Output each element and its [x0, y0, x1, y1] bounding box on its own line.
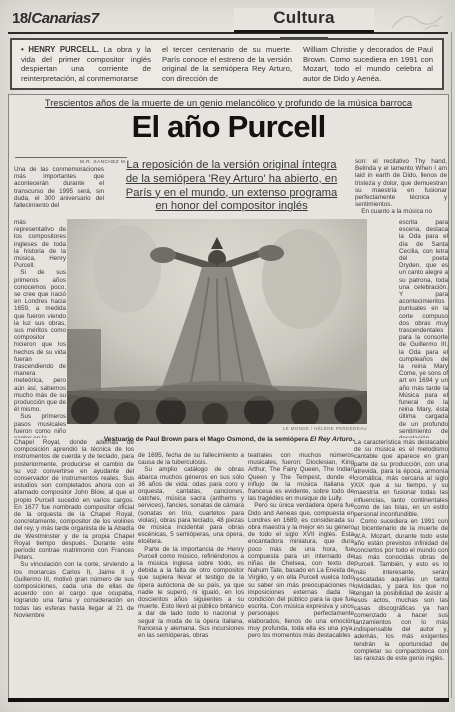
article-box: Trescientos años de la muerte de un geni…: [8, 94, 449, 698]
caption-work-title: El Rey Arturo.: [310, 436, 354, 443]
masthead-rule: [8, 32, 448, 34]
pullquote-line: La reposición de la versión original ínt…: [108, 159, 355, 173]
page-edge-line: [451, 32, 452, 698]
pencil-scribble-icon: [387, 8, 447, 34]
photo-credit: LE MONDE / HÉLÈNE PERDEREAU: [67, 426, 367, 431]
lead-column-1: • HENRY PURCELL. La obra y la vida del p…: [21, 45, 151, 83]
pullquote-line: París y en el mundo, un extenso programa: [108, 187, 355, 201]
pullquote-line: de la semiópera 'Rey Arturo' ha abierto,…: [108, 173, 355, 187]
masthead-brand: Canarias7: [31, 10, 98, 27]
masthead-edition: 18/Canarias7: [12, 10, 99, 27]
column1-top: Una de las conmemoraciones más important…: [14, 166, 104, 218]
article-photo: [67, 219, 367, 424]
lead-box: • HENRY PURCELL. La obra y la vida del p…: [10, 38, 444, 90]
lead-column-3: William Christie y decorados de Paul Bro…: [303, 45, 433, 83]
pullquote-line: en honor del compositor inglés: [108, 200, 355, 214]
column4-top: son: el recitativo Thy hand, Belinda y e…: [355, 158, 447, 218]
column2: de 1695, fecha de su fallecimiento a cau…: [138, 452, 244, 696]
column3: teatrales con muchos números musicales, …: [248, 452, 354, 696]
lead-column-2: el tercer centenario de su muerte. París…: [162, 45, 292, 83]
column1-middle: más representativo de los compositores i…: [14, 219, 66, 438]
column4-middle: escrita para escena, destaca la Oda para…: [399, 219, 448, 438]
section-title: Cultura: [234, 8, 374, 33]
edition-number: 18/: [12, 10, 31, 27]
lead-bold: • HENRY PURCELL.: [21, 45, 99, 54]
masthead: 18/Canarias7 Cultura: [8, 8, 451, 38]
caption-text: Vestuario de Paul Brown para el Mago Osm…: [104, 436, 310, 443]
strip-headline: Trescientos años de la muerte de un geni…: [31, 98, 426, 108]
article-title: El año Purcell: [9, 109, 448, 145]
pullquote: La reposición de la versión original ínt…: [108, 159, 355, 214]
column1-bottom: Chapel Royal, donde además de composició…: [14, 439, 134, 696]
newspaper-page: 18/Canarias7 Cultura • HENRY PURCELL. La…: [0, 0, 455, 712]
column4-bottom: La característica más destacable de su m…: [354, 439, 448, 696]
photo-caption: Vestuario de Paul Brown para el Mago Osm…: [95, 436, 363, 443]
bottom-rule: [8, 698, 449, 702]
